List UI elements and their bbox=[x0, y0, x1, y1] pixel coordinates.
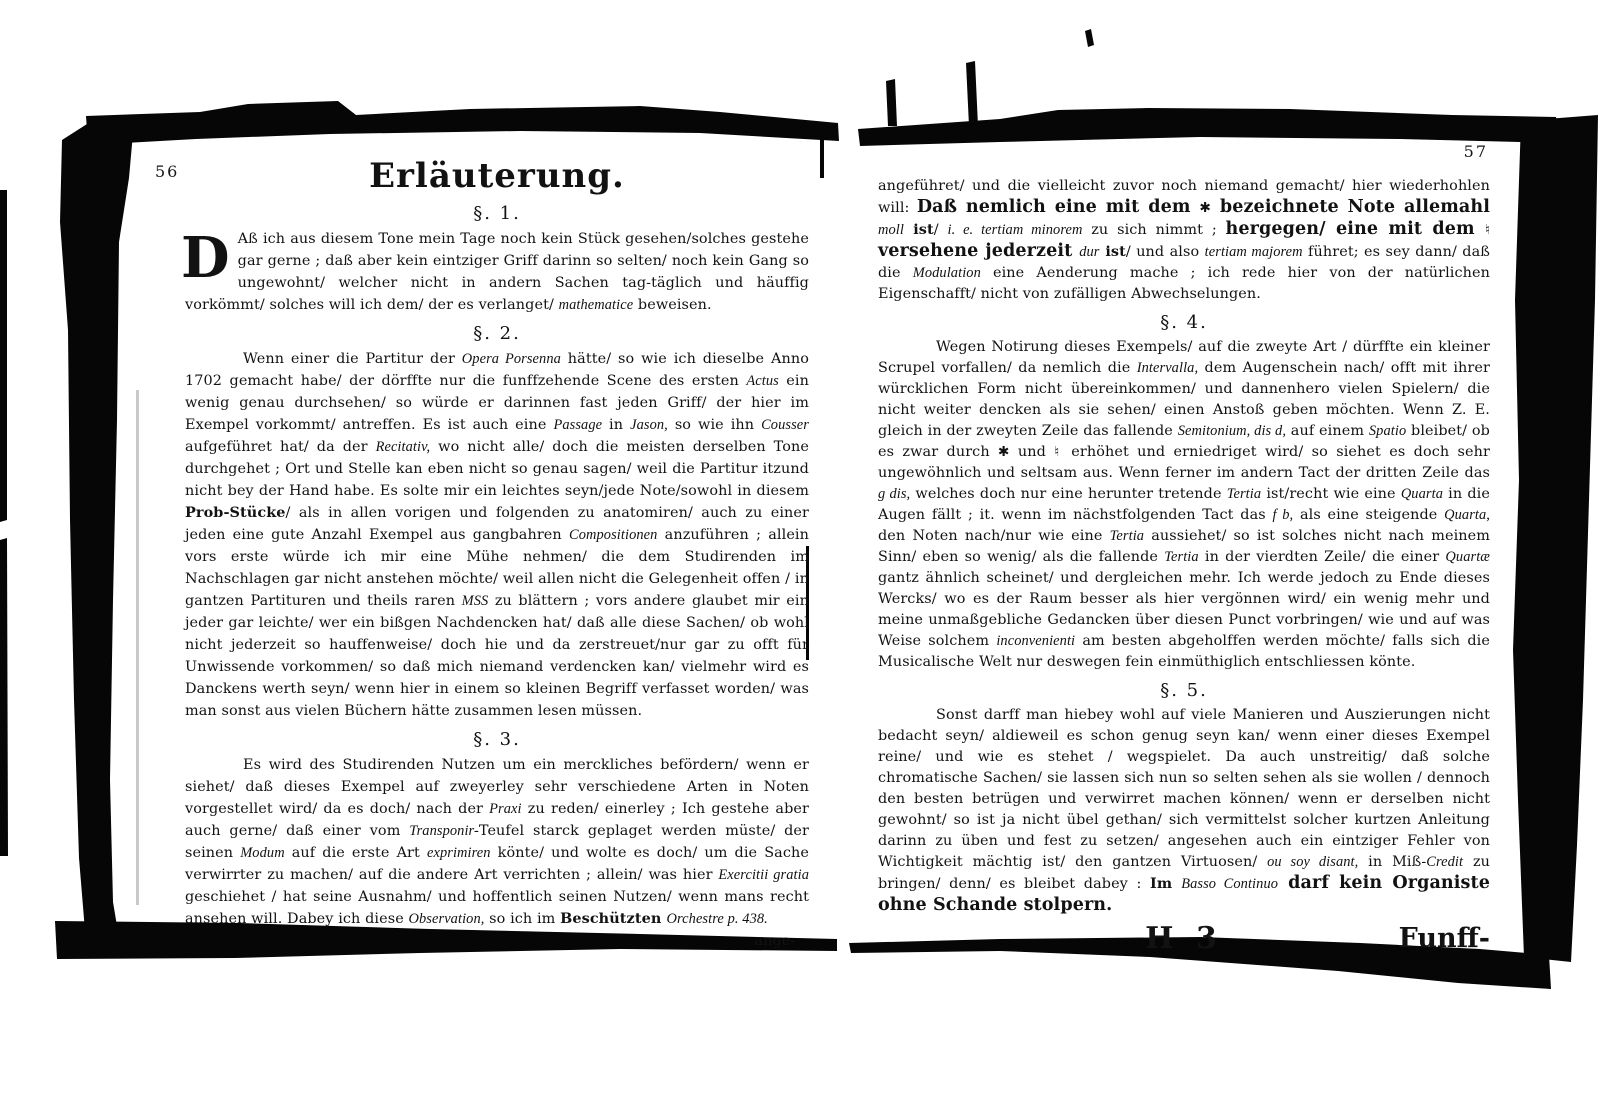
text-run: Basso Continuo bbox=[1181, 876, 1278, 892]
text-run: Recitativ, bbox=[376, 439, 431, 455]
text-run: Compositionen bbox=[569, 527, 657, 543]
text-run: und bbox=[1010, 444, 1055, 460]
right-page: 57 angeführet/ und die vielleicht zuvor … bbox=[878, 176, 1490, 967]
text-run: in Miß- bbox=[1358, 854, 1426, 870]
left-page: 56 Erläuterung. §. 1.DAß ich aus diesem … bbox=[185, 156, 809, 952]
left-page-left-edge bbox=[60, 117, 134, 943]
text-run: exprimiren bbox=[427, 845, 491, 861]
text-run: Prob-Stücke bbox=[185, 504, 286, 521]
paragraph: Wegen Notirung dieses Exempels/ auf die … bbox=[878, 337, 1490, 673]
text-run: welches doch nur eine herunter tretende bbox=[910, 486, 1226, 502]
text-run: ist bbox=[904, 221, 934, 238]
text-run: so wie ihn bbox=[668, 417, 761, 433]
text-run: Intervalla, bbox=[1137, 360, 1198, 376]
right-page-top-spike-1 bbox=[886, 79, 897, 126]
text-run: Observation, bbox=[409, 911, 485, 927]
text-run: Sonst darff man hiebey wohl auf viele Ma… bbox=[878, 707, 1490, 870]
text-run: auf die erste Art bbox=[285, 845, 427, 861]
text-run: Daß nemlich eine mit dem bbox=[917, 197, 1200, 217]
text-run: / und also bbox=[1126, 244, 1205, 260]
text-run: inconvenienti bbox=[996, 633, 1075, 649]
book-spread: 56 Erläuterung. §. 1.DAß ich aus diesem … bbox=[0, 0, 1600, 1093]
text-run: ist/recht wie eine bbox=[1261, 486, 1401, 502]
text-run: in der vierdten Zeile/ die einer bbox=[1199, 549, 1446, 565]
text-run: Quarta bbox=[1401, 486, 1443, 502]
right-page-text: angeführet/ und die vielleicht zuvor noc… bbox=[878, 176, 1490, 917]
page-number-left: 56 bbox=[155, 162, 179, 181]
catchword-right: Funff- bbox=[1399, 923, 1490, 954]
text-run: Spatio bbox=[1369, 423, 1406, 439]
paragraph: Sonst darff man hiebey wohl auf viele Ma… bbox=[878, 705, 1490, 917]
text-run: in bbox=[602, 417, 630, 433]
catchword-left: ange- bbox=[755, 933, 795, 949]
text-run: Wenn einer die Partitur der bbox=[243, 351, 462, 367]
text-run: so ich im bbox=[484, 911, 560, 927]
text-run: ist bbox=[1100, 243, 1126, 260]
text-run: ✱ bbox=[1199, 200, 1211, 216]
text-run: Passage bbox=[553, 417, 602, 433]
paragraph: Es wird des Studirenden Nutzen um ein me… bbox=[185, 754, 809, 930]
text-run: MSS bbox=[462, 593, 489, 609]
text-run: ou soy disant, bbox=[1267, 854, 1358, 870]
text-run: zu sich nimmt ; bbox=[1082, 222, 1225, 238]
section-label: §. 3. bbox=[185, 729, 809, 750]
right-page-right-edge bbox=[1513, 115, 1598, 962]
text-run: i. e. tertiam minorem bbox=[947, 222, 1082, 238]
section-label: §. 1. bbox=[185, 203, 809, 224]
page-number-right: 57 bbox=[1464, 142, 1488, 161]
text-run: mathematice bbox=[559, 297, 634, 313]
text-run: f b, bbox=[1272, 507, 1293, 523]
text-run: Orchestre bbox=[667, 911, 724, 927]
text-run: Credit bbox=[1426, 854, 1463, 870]
text-run: Im bbox=[1150, 875, 1181, 892]
text-run: beweisen. bbox=[633, 297, 711, 313]
text-run: Exercitii gratia bbox=[718, 867, 809, 883]
text-run: Transponir- bbox=[409, 823, 479, 839]
text-run: p. 438. bbox=[724, 911, 768, 927]
text-run: ✱ bbox=[998, 444, 1010, 460]
text-run: Quarta, bbox=[1444, 507, 1490, 523]
section-label: §. 5. bbox=[878, 680, 1490, 701]
paragraph: DAß ich aus diesem Tone mein Tage noch k… bbox=[185, 228, 809, 316]
text-run: Opera Porsenna bbox=[462, 351, 561, 367]
drop-cap-initial: D bbox=[181, 230, 238, 284]
text-run: Quartæ bbox=[1445, 549, 1490, 565]
left-page-top-edge bbox=[86, 101, 839, 145]
text-run: auf einem bbox=[1286, 423, 1369, 439]
text-run: Jason, bbox=[630, 417, 668, 433]
right-page-top-spike-2 bbox=[966, 61, 978, 126]
text-run: bezeichnete Note allemahl bbox=[1211, 197, 1490, 217]
chapter-heading: Erläuterung. bbox=[185, 156, 809, 196]
footer-row-right: H 3 Funff- bbox=[878, 921, 1490, 967]
text-run: zu blättern ; vors andere glaubet mir ei… bbox=[185, 593, 809, 719]
text-run: den Noten nach/nur wie eine bbox=[878, 528, 1110, 544]
text-run: Semitonium, dis d, bbox=[1178, 423, 1286, 439]
text-run: ♮ bbox=[1485, 222, 1490, 238]
text-run: aufgeführet hat/ da der bbox=[185, 439, 376, 455]
text-run: Tertia bbox=[1110, 528, 1144, 544]
right-page-top-edge bbox=[858, 108, 1559, 146]
text-run: dur bbox=[1079, 244, 1099, 260]
signature-mark: H 3 bbox=[1145, 921, 1223, 956]
text-run: moll bbox=[878, 222, 904, 238]
text-run: hergegen/ eine mit dem bbox=[1226, 219, 1485, 239]
text-run: tertiam majorem bbox=[1205, 244, 1303, 260]
text-run: als eine steigende bbox=[1293, 507, 1444, 523]
text-run: g dis, bbox=[878, 486, 910, 502]
text-run: Praxi bbox=[489, 801, 521, 817]
text-run: versehene jederzeit bbox=[878, 241, 1079, 261]
text-run: Actus bbox=[746, 373, 778, 389]
paragraph: Wenn einer die Partitur der Opera Porsen… bbox=[185, 348, 809, 722]
text-run: / bbox=[934, 222, 948, 238]
section-label: §. 2. bbox=[185, 323, 809, 344]
spine-mark-upper bbox=[820, 128, 824, 178]
left-page-text: §. 1.DAß ich aus diesem Tone mein Tage n… bbox=[185, 203, 809, 930]
text-run: Modulation bbox=[913, 265, 981, 281]
text-run: Tertia bbox=[1227, 486, 1261, 502]
paragraph: angeführet/ und die vielleicht zuvor noc… bbox=[878, 176, 1490, 305]
scan-left-margin-line-lower bbox=[0, 538, 8, 856]
text-run: Beschützten bbox=[560, 910, 666, 927]
text-run: Cousser bbox=[761, 417, 809, 433]
text-run: Modum bbox=[240, 845, 284, 861]
right-page-top-tick bbox=[1085, 29, 1094, 47]
text-run: Aß ich aus diesem Tone mein Tage noch ke… bbox=[185, 231, 809, 313]
text-run: Tertia bbox=[1164, 549, 1198, 565]
scan-left-margin-line-upper bbox=[0, 190, 7, 522]
section-label: §. 4. bbox=[878, 312, 1490, 333]
text-run: ♮ bbox=[1054, 444, 1063, 460]
catchword-row-left: ange- bbox=[185, 930, 809, 952]
left-page-fold-line bbox=[136, 390, 139, 905]
